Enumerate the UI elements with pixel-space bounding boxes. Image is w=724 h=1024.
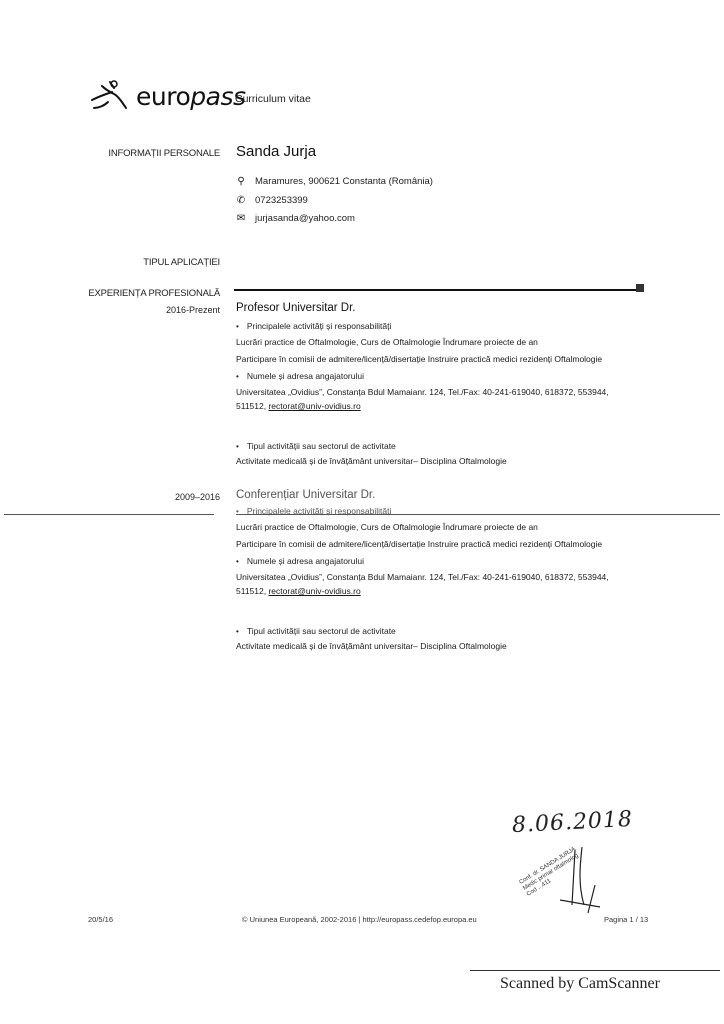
scan-border-line xyxy=(470,970,720,971)
handwritten-date: 8.06.2018 xyxy=(511,807,633,838)
phone-icon: ✆ xyxy=(234,194,248,206)
period-1: 2016-Prezent xyxy=(0,305,220,315)
email-icon: ✉ xyxy=(234,212,248,224)
location-pin-icon: ⚲ xyxy=(234,175,248,187)
job-title-2: Conferențiar Universitar Dr. xyxy=(236,489,375,501)
section-label-application: TIPUL APLICAȚIEI xyxy=(0,257,220,268)
employer-line-1b: 511512, rectorat@univ-ovidius.ro xyxy=(236,401,361,411)
sector-value-1: Activitate medicală și de învățământ uni… xyxy=(236,456,507,466)
footer-copyright: © Uniunea Europeană, 2002-2016 | http://… xyxy=(242,915,477,924)
section-label-personal: INFORMAȚII PERSONALE xyxy=(0,148,220,159)
activities-line-2b: Participare în comisii de admitere/licen… xyxy=(236,539,602,549)
document-type: Curriculum vitae xyxy=(235,93,311,105)
camscanner-watermark: Scanned by CamScanner xyxy=(500,975,660,993)
employer-line-1a: Universitatea „Ovidius”, Constanța Bdul … xyxy=(236,387,609,397)
employer-label-2: Numele și adresa angajatorului xyxy=(236,556,364,566)
job-title-1: Profesor Universitar Dr. xyxy=(236,302,356,314)
europass-wordmark: europass xyxy=(136,82,246,111)
scan-artifact-line xyxy=(4,514,214,515)
activities-label-1: Principalele activități și responsabilit… xyxy=(236,321,391,331)
sector-value-2: Activitate medicală și de învățământ uni… xyxy=(236,641,507,651)
sector-label-2: Tipul activității sau sectorul de activi… xyxy=(236,626,396,636)
contact-phone: ✆ 0723253399 xyxy=(234,194,308,206)
activities-line-1b: Participare în comisii de admitere/licen… xyxy=(236,354,602,364)
footer-page-number: Pagina 1 / 13 xyxy=(604,915,648,924)
employer-line-2a: Universitatea „Ovidius”, Constanța Bdul … xyxy=(236,572,609,582)
activities-line-1a: Lucrări practice de Oftalmologie, Curs d… xyxy=(236,337,538,347)
footer-date: 20/5/16 xyxy=(88,915,113,924)
europass-figure-icon xyxy=(88,78,134,114)
section-label-experience: EXPERIENȚA PROFESIONALĂ xyxy=(0,288,220,299)
contact-email[interactable]: ✉ jurjasanda@yahoo.com xyxy=(234,212,355,224)
contact-address: ⚲ Maramures, 900621 Constanta (România) xyxy=(234,175,433,187)
divider-end-marker xyxy=(636,284,644,292)
section-divider xyxy=(234,289,638,291)
person-name: Sanda Jurja xyxy=(236,143,316,160)
employer-email-link-1[interactable]: rectorat@univ-ovidius.ro xyxy=(268,401,360,411)
employer-email-link-2[interactable]: rectorat@univ-ovidius.ro xyxy=(268,586,360,596)
sector-label-1: Tipul activității sau sectorul de activi… xyxy=(236,441,396,451)
employer-line-2b: 511512, rectorat@univ-ovidius.ro xyxy=(236,586,361,596)
signature-icon xyxy=(540,845,630,915)
europass-logo: europass xyxy=(88,78,246,114)
activities-line-2a: Lucrări practice de Oftalmologie, Curs d… xyxy=(236,522,538,532)
period-2: 2009–2016 xyxy=(0,492,220,502)
scan-artifact-line xyxy=(236,514,720,515)
employer-label-1: Numele și adresa angajatorului xyxy=(236,371,364,381)
